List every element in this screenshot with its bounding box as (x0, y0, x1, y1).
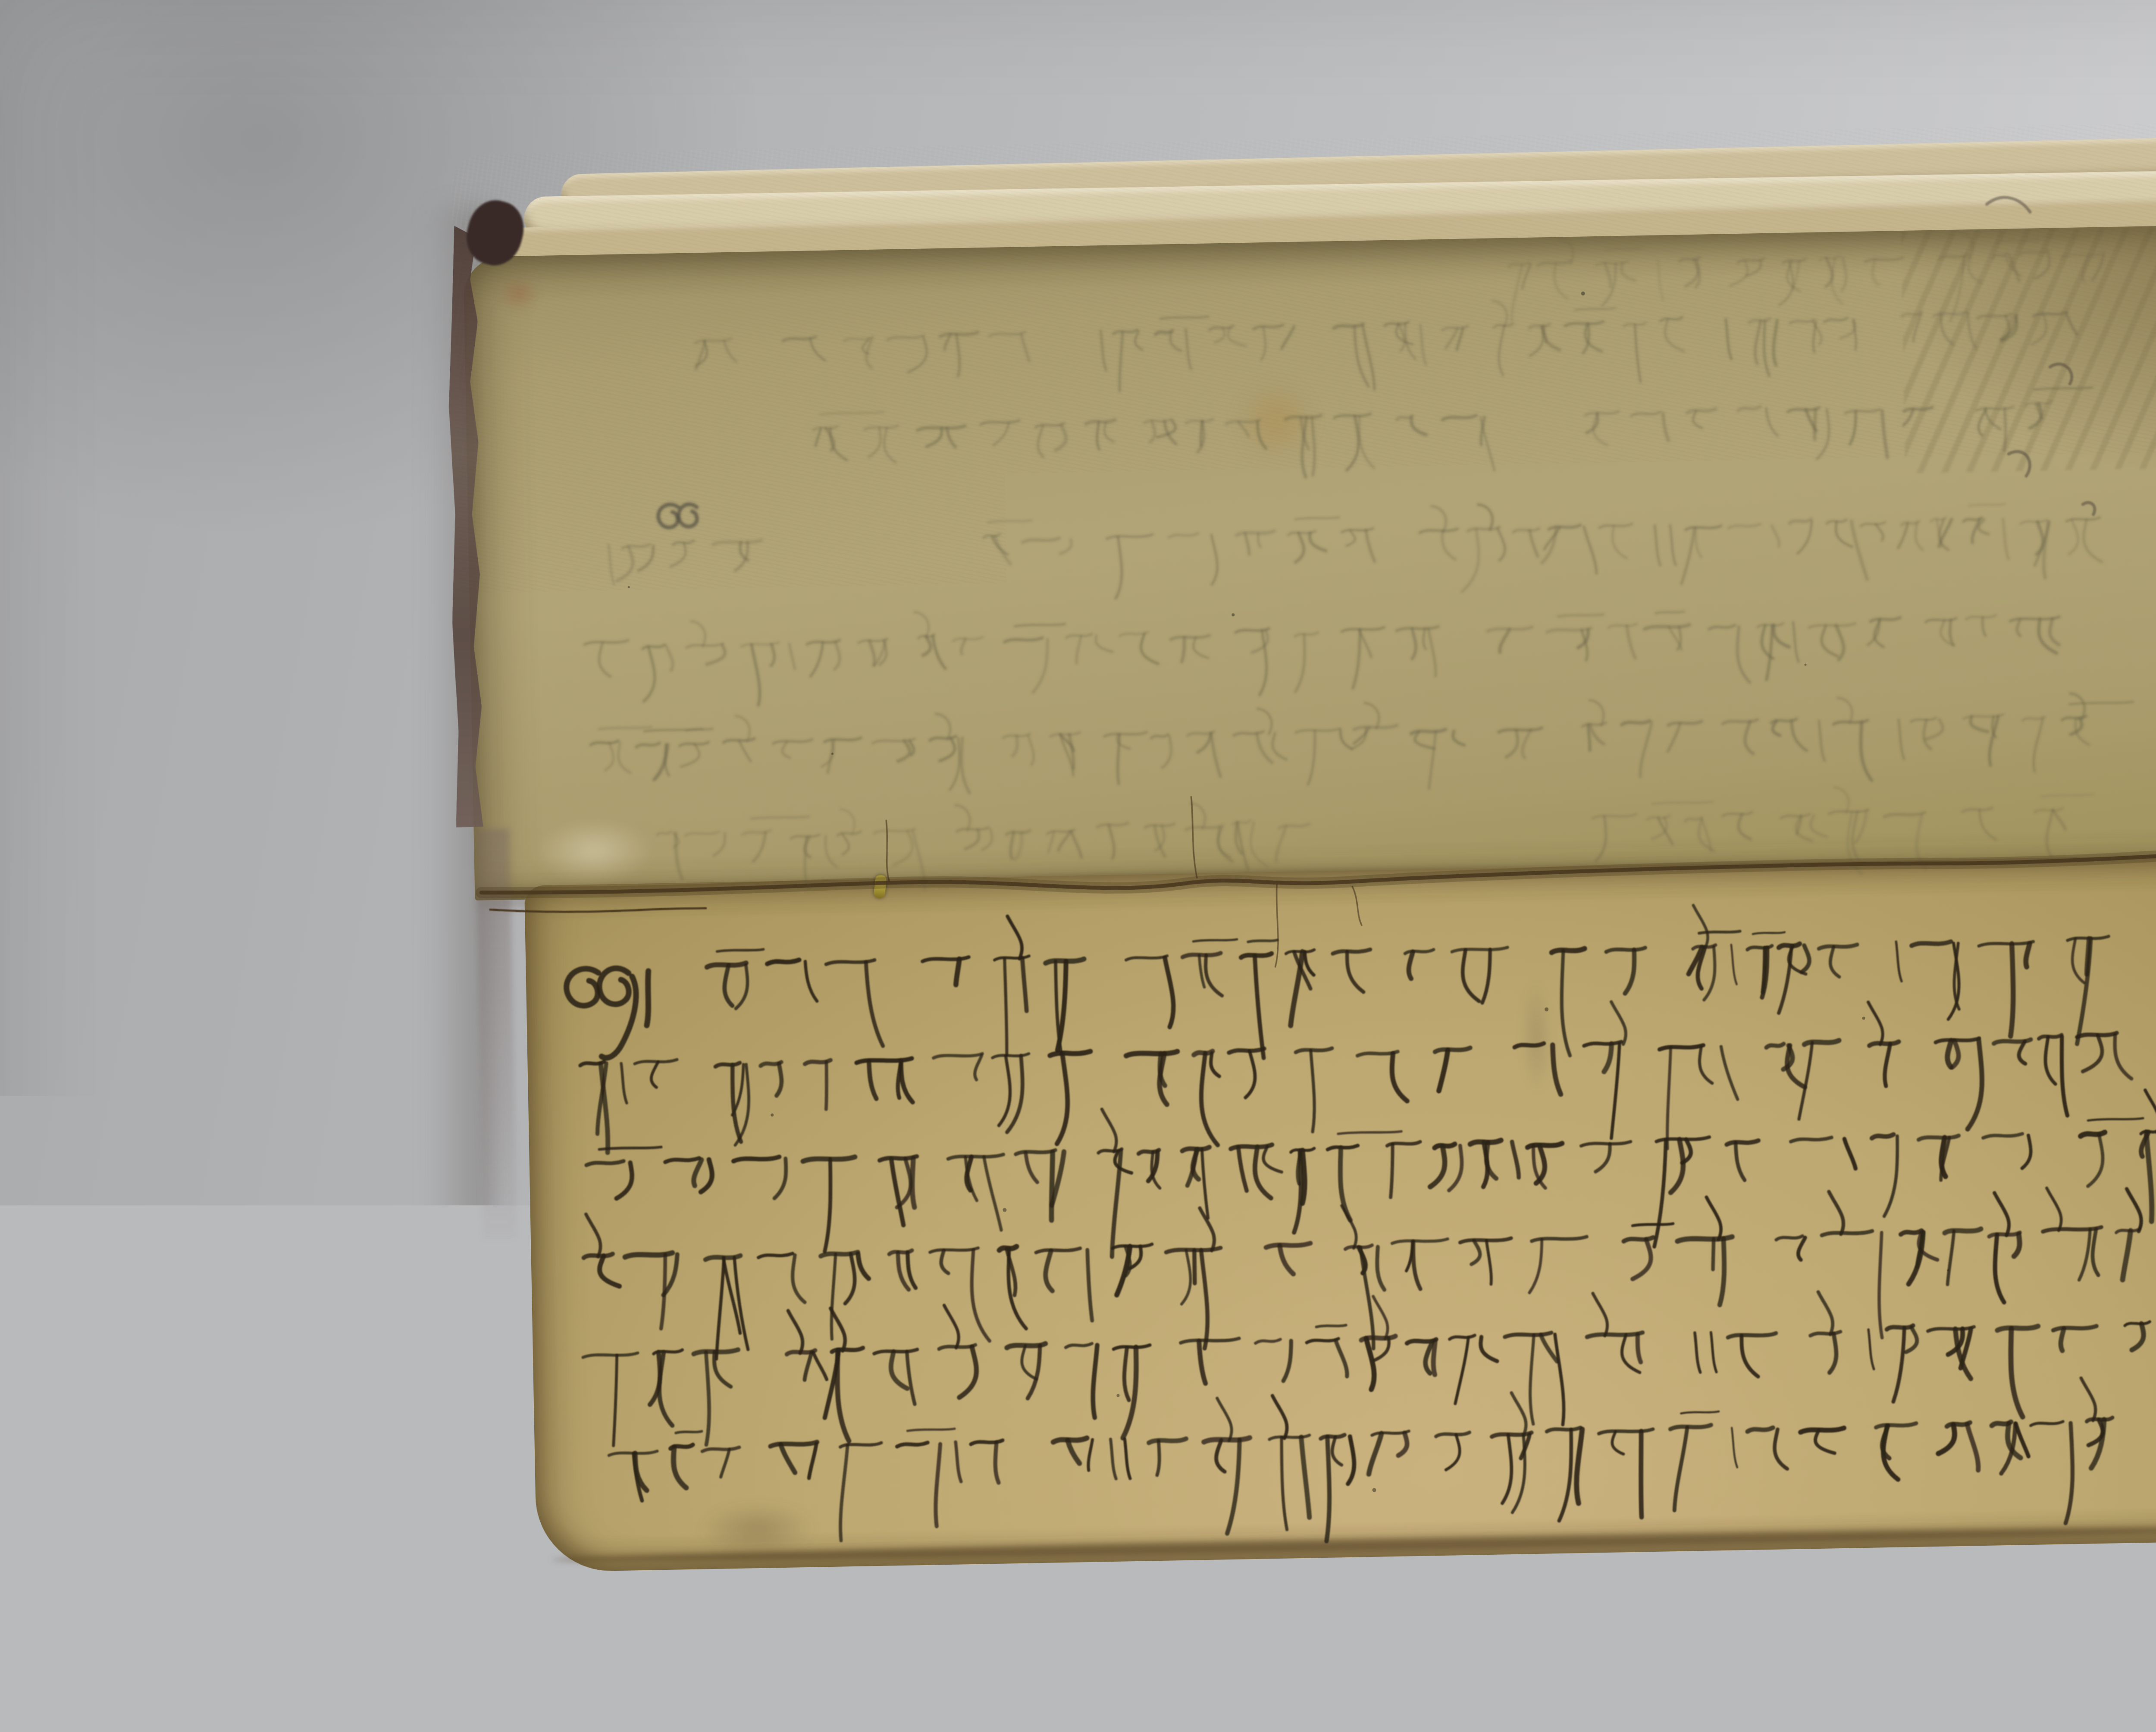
pen-stroke (1557, 1429, 1573, 1521)
pen-stroke (1709, 625, 1735, 629)
pen-stroke (1989, 716, 1999, 766)
pen-stroke (2146, 1132, 2152, 1221)
pen-stroke (1191, 797, 1197, 878)
pen-stroke (724, 340, 736, 361)
pen-stroke (1994, 1192, 2009, 1236)
pen-stroke (1359, 415, 1374, 468)
pen-stroke (1985, 408, 2000, 429)
pen-stroke (1887, 1326, 1913, 1330)
pen-stroke (1050, 732, 1080, 736)
pen-stroke (1023, 538, 1059, 543)
pen-stroke (1275, 826, 1286, 861)
pen-stroke (1934, 312, 1967, 316)
pen-stroke (1115, 537, 1122, 599)
pen-stroke (1102, 1109, 1116, 1152)
pen-stroke (1797, 521, 1812, 553)
pen-stroke (1905, 1327, 1917, 1352)
pen-stroke (1211, 1053, 1219, 1076)
pen-stroke (1593, 413, 1607, 445)
pen-stroke (1186, 419, 1213, 423)
pen-stroke (808, 1444, 817, 1478)
pen-stroke (1809, 624, 1855, 628)
pen-stroke (1346, 416, 1359, 470)
pen-stroke (1553, 1045, 1561, 1095)
pen-stroke (1295, 728, 1340, 733)
pen-stroke (696, 341, 705, 369)
pen-stroke (1514, 1043, 1544, 1047)
pen-stroke (984, 1156, 1001, 1230)
pen-stroke (1588, 725, 1590, 750)
pen-stroke (1316, 1325, 1346, 1327)
pen-stroke (1787, 1045, 1805, 1087)
pen-stroke (825, 1062, 827, 1109)
pen-stroke (1789, 519, 1811, 523)
pen-stroke (1186, 329, 1191, 369)
pen-stroke (2053, 810, 2065, 829)
pen-stroke (1454, 1337, 1470, 1403)
pen-stroke (869, 1061, 876, 1099)
pen-stroke (790, 644, 795, 669)
pen-stroke (753, 832, 766, 861)
pen-stroke (1200, 1053, 1218, 1145)
pen-stroke (1445, 328, 1458, 348)
paper-speck (1116, 1394, 1119, 1397)
pen-stroke (2035, 252, 2050, 279)
pen-stroke (915, 612, 929, 638)
pen-stroke (1595, 816, 1606, 861)
pen-stroke (1462, 950, 1479, 1001)
pen-stroke (1529, 530, 1538, 556)
pen-stroke (2127, 1189, 2141, 1232)
pen-stroke (1499, 629, 1510, 652)
pen-stroke (566, 969, 599, 1006)
pen-stroke (1632, 1239, 1651, 1279)
pen-stroke (1551, 948, 1585, 952)
pen-stroke (2027, 236, 2089, 239)
pen-stroke (1346, 530, 1355, 546)
pen-stroke (1584, 1042, 1621, 1046)
pen-stroke (1655, 525, 1661, 565)
pen-stroke (1373, 1338, 1389, 1361)
pen-stroke (1258, 630, 1267, 695)
pen-stroke (1772, 721, 1780, 736)
pen-stroke (1126, 956, 1167, 960)
pen-stroke (981, 420, 1020, 425)
pen-stroke (1285, 415, 1321, 420)
pen-stroke (1445, 1434, 1460, 1470)
pen-stroke (1237, 531, 1275, 535)
pen-stroke (956, 1442, 961, 1481)
pen-stroke (1307, 731, 1316, 784)
handwriting-layer (451, 122, 2156, 1591)
pen-stroke (1311, 1050, 1315, 1132)
pen-stroke (1342, 528, 1373, 532)
pen-stroke (1104, 732, 1147, 737)
pen-stroke (1667, 723, 1681, 751)
pen-stroke (1027, 1346, 1041, 1399)
pen-stroke (771, 644, 774, 666)
pen-stroke (1777, 946, 1792, 1013)
pen-stroke (1868, 1002, 1883, 1045)
pen-stroke (1244, 1051, 1255, 1098)
pen-stroke (1791, 1137, 1832, 1142)
pen-stroke (676, 1431, 702, 1433)
pen-stroke (1279, 824, 1309, 828)
pen-stroke (1829, 1334, 1836, 1373)
paper-speck (1372, 1488, 1376, 1492)
pen-stroke (1149, 1439, 1186, 1443)
paper-speck (1581, 292, 1585, 295)
pen-stroke (1165, 957, 1174, 1027)
pen-stroke (866, 962, 883, 1046)
pen-stroke (1818, 1292, 1833, 1335)
pen-stroke (1542, 527, 1557, 563)
pen-stroke (1816, 409, 1830, 459)
pen-stroke (1670, 1425, 1711, 1429)
pen-stroke (1113, 330, 1138, 334)
pen-stroke (1529, 324, 1550, 328)
pen-stroke (1547, 628, 1591, 632)
pen-stroke (1197, 734, 1211, 753)
pen-stroke (1481, 949, 1491, 1003)
pen-stroke (1882, 411, 1887, 458)
pen-stroke (1113, 1345, 1150, 1349)
pen-stroke (1595, 1144, 1611, 1172)
pen-stroke (887, 336, 924, 340)
pen-stroke (599, 727, 652, 729)
pen-stroke (2145, 1090, 2156, 1133)
pen-stroke (1347, 951, 1363, 992)
pen-stroke (767, 960, 799, 964)
pen-stroke (2016, 1423, 2028, 1456)
pen-stroke (658, 504, 678, 527)
pen-stroke (1511, 1393, 1526, 1436)
pen-stroke (956, 959, 960, 985)
pen-stroke (752, 644, 760, 705)
pen-stroke (1036, 1248, 1081, 1252)
pen-stroke (1065, 1343, 1092, 1347)
pen-stroke (856, 1058, 912, 1063)
pen-stroke (2067, 314, 2077, 334)
pen-stroke (1248, 940, 1277, 942)
pen-stroke (1627, 625, 1635, 658)
pen-stroke (1878, 1233, 1883, 1338)
pen-stroke (1481, 1337, 1497, 1362)
pen-stroke (1762, 948, 1766, 992)
pen-stroke (1119, 332, 1124, 391)
pen-stroke (1452, 948, 1507, 952)
pen-stroke (1405, 950, 1434, 954)
paper-speck (771, 1114, 774, 1117)
pen-stroke (1442, 530, 1455, 560)
pen-stroke (1575, 308, 1615, 310)
pen-stroke (2043, 1227, 2102, 1231)
pen-stroke (825, 836, 837, 867)
pen-stroke (1998, 240, 2039, 242)
pen-stroke (2087, 1134, 2103, 1186)
pen-stroke (1554, 263, 1567, 298)
pen-stroke (1181, 637, 1185, 662)
pen-stroke (1448, 1145, 1462, 1190)
pen-stroke (1325, 1437, 1330, 1541)
pen-stroke (1522, 730, 1531, 758)
pen-stroke (939, 738, 955, 761)
pen-stroke (1978, 409, 1987, 436)
pen-stroke (1281, 326, 1294, 348)
pen-stroke (1947, 1040, 1952, 1067)
pen-stroke (1181, 1338, 1239, 1343)
pen-stroke (1194, 1250, 1195, 1283)
pen-stroke (2034, 387, 2093, 389)
pen-stroke (1774, 625, 1789, 647)
pen-stroke (1506, 730, 1518, 757)
pen-stroke (2088, 1118, 2143, 1120)
pen-stroke (1408, 952, 1413, 979)
pen-stroke (608, 545, 614, 584)
pen-stroke (1045, 1251, 1053, 1291)
pen-stroke (1334, 414, 1371, 418)
pen-stroke (1468, 527, 1499, 531)
pen-stroke (1681, 1412, 1719, 1414)
pen-stroke (1390, 1144, 1394, 1198)
pen-stroke (1899, 719, 1904, 759)
pen-stroke (961, 738, 970, 793)
pen-stroke (705, 1352, 710, 1445)
pen-stroke (1804, 1040, 1839, 1044)
pen-stroke (1737, 627, 1750, 682)
pen-stroke (706, 645, 725, 664)
pen-stroke (1199, 955, 1204, 987)
pen-stroke (1547, 1428, 1581, 1431)
pen-stroke (1831, 258, 1842, 304)
pen-stroke (1738, 814, 1750, 839)
pen-stroke (1695, 1333, 1700, 1372)
pen-stroke (1193, 637, 1208, 658)
pen-stroke (1747, 1428, 1773, 1431)
pen-stroke (1639, 722, 1653, 776)
pen-stroke (1398, 1433, 1407, 1455)
pen-stroke (585, 640, 628, 645)
pen-stroke (1640, 1431, 1643, 1517)
pen-stroke (1478, 504, 1492, 530)
pen-stroke (2046, 810, 2053, 857)
pen-stroke (941, 1250, 948, 1274)
pen-stroke (1652, 1139, 1668, 1246)
pen-stroke (1792, 720, 1807, 750)
pen-stroke (2064, 1423, 2074, 1523)
pen-stroke (1772, 525, 1779, 546)
pen-stroke (1347, 1437, 1354, 1484)
pen-stroke (599, 968, 629, 1005)
pen-stroke (1338, 1131, 1401, 1134)
pen-stroke (1665, 319, 1684, 351)
pen-stroke (944, 1305, 959, 1348)
pen-stroke (646, 971, 649, 1026)
pen-stroke (1411, 417, 1426, 435)
pen-stroke (1156, 1441, 1159, 1475)
pen-stroke (1612, 1431, 1623, 1454)
pen-stroke (1274, 885, 1279, 967)
pen-stroke (1925, 719, 1943, 739)
pen-stroke (957, 828, 989, 831)
pen-stroke (621, 1064, 627, 1103)
pen-stroke (1821, 625, 1837, 656)
pen-stroke (1590, 725, 1604, 744)
pen-stroke (1555, 1334, 1564, 1425)
pen-stroke (1792, 261, 1800, 289)
pen-stroke (908, 1252, 916, 1288)
pen-stroke (1824, 318, 1847, 322)
pen-stroke (1228, 327, 1245, 346)
pen-stroke (1055, 1054, 1068, 1144)
pen-stroke (720, 1449, 730, 1477)
pen-stroke (1050, 1152, 1054, 1221)
pen-stroke (1606, 248, 1641, 249)
pen-stroke (685, 831, 719, 835)
pen-stroke (1493, 301, 1507, 327)
pen-stroke (1860, 722, 1871, 781)
pen-stroke (1211, 733, 1220, 777)
pen-stroke (820, 412, 884, 414)
pen-stroke (1790, 320, 1814, 323)
pen-stroke (1498, 529, 1505, 560)
pen-stroke (1162, 736, 1172, 768)
pen-stroke (2003, 408, 2006, 451)
pen-stroke (618, 742, 630, 773)
pen-stroke (1730, 260, 1748, 286)
pen-stroke (1587, 1333, 1642, 1337)
pen-stroke (1745, 722, 1753, 754)
pen-stroke (1558, 614, 1604, 616)
pen-stroke (1844, 1139, 1855, 1169)
pen-stroke (1793, 622, 1799, 662)
pen-stroke (1670, 525, 1676, 565)
pen-stroke (834, 642, 840, 669)
pen-stroke (1896, 941, 1902, 981)
pen-stroke (1022, 958, 1027, 1011)
pen-stroke (1086, 420, 1115, 424)
pen-stroke (1904, 407, 1932, 411)
pen-stroke (1295, 633, 1318, 637)
pen-stroke (1429, 1146, 1445, 1187)
pen-stroke (930, 1248, 978, 1252)
pen-stroke (1976, 407, 2014, 411)
pen-stroke (1336, 1340, 1347, 1377)
pen-stroke (1898, 523, 1908, 548)
pen-stroke (1711, 1332, 1717, 1372)
pen-stroke (2050, 364, 2072, 384)
pen-stroke (844, 1254, 855, 1303)
pen-stroke (1202, 1149, 1208, 1218)
pen-stroke (612, 1355, 619, 1446)
paper-specks (623, 285, 1953, 1505)
pen-stroke (1936, 1038, 1980, 1042)
pen-stroke (1211, 535, 1218, 585)
pen-stroke (830, 1254, 837, 1339)
pen-stroke (1048, 832, 1054, 852)
pen-stroke (2034, 312, 2067, 316)
pen-stroke (926, 428, 942, 446)
pen-stroke (1612, 526, 1626, 559)
pen-stroke (893, 831, 912, 864)
pen-stroke (1972, 520, 1980, 543)
pen-stroke (1397, 627, 1438, 631)
pen-stroke (1608, 624, 1637, 628)
ink-smudges (1987, 196, 2095, 516)
pen-stroke (1261, 327, 1266, 360)
pen-stroke (1428, 731, 1437, 789)
pen-stroke (1471, 1240, 1480, 1264)
pen-stroke (1728, 1333, 1776, 1337)
ghost-showthrough-text (577, 228, 2136, 897)
pen-stroke (1340, 730, 1352, 750)
pen-stroke (1296, 1048, 1332, 1052)
pen-stroke (1124, 1347, 1129, 1400)
pen-stroke (2009, 451, 2030, 476)
pen-stroke (599, 1255, 620, 1286)
pen-stroke (1412, 629, 1416, 659)
pen-stroke (1253, 325, 1283, 329)
pen-stroke (1949, 257, 1965, 321)
pen-stroke (934, 1444, 942, 1526)
pen-stroke (1989, 1233, 2020, 1236)
pen-stroke (1913, 314, 1921, 341)
pen-stroke (583, 1353, 638, 1357)
pen-stroke (2084, 519, 2102, 562)
pen-stroke (1026, 1152, 1037, 1183)
pen-stroke (1225, 1440, 1241, 1534)
pen-stroke (586, 1214, 601, 1257)
pen-stroke (642, 645, 665, 649)
pen-stroke (1088, 1440, 1093, 1470)
pen-stroke (2060, 1328, 2064, 1351)
pen-stroke (1529, 326, 1544, 356)
pen-stroke (600, 976, 637, 1058)
pen-stroke (1453, 731, 1464, 745)
pen-stroke (2009, 944, 2014, 1036)
pen-stroke (2092, 1229, 2098, 1275)
pen-stroke (1342, 628, 1384, 632)
pen-stroke (2082, 255, 2090, 282)
pen-stroke (1109, 825, 1115, 859)
pen-stroke (1368, 1433, 1382, 1474)
pen-stroke (1872, 1134, 1894, 1138)
pen-stroke (1631, 412, 1661, 416)
pen-stroke (1729, 524, 1761, 528)
pen-stroke (997, 1056, 1010, 1126)
pen-stroke (1623, 1237, 1653, 1241)
pen-stroke (1605, 264, 1611, 287)
pen-stroke (824, 738, 861, 742)
pen-stroke (982, 829, 993, 850)
pen-stroke (1736, 1142, 1745, 1180)
pen-stroke (1685, 817, 1702, 821)
pen-stroke (2021, 520, 2047, 524)
pen-stroke (1201, 1250, 1208, 1349)
pen-stroke (1216, 1440, 1225, 1472)
pen-stroke (1779, 944, 1800, 948)
pen-stroke (2122, 1231, 2131, 1280)
pen-stroke (605, 743, 614, 770)
pen-stroke (1820, 256, 1840, 260)
pen-stroke (1432, 506, 1446, 532)
pen-stroke (1215, 328, 1225, 342)
pen-stroke (2020, 251, 2048, 254)
pen-stroke (1509, 263, 1529, 267)
pen-stroke (1826, 258, 1833, 287)
pen-stroke (1529, 1239, 1543, 1293)
pen-stroke (1352, 630, 1361, 688)
